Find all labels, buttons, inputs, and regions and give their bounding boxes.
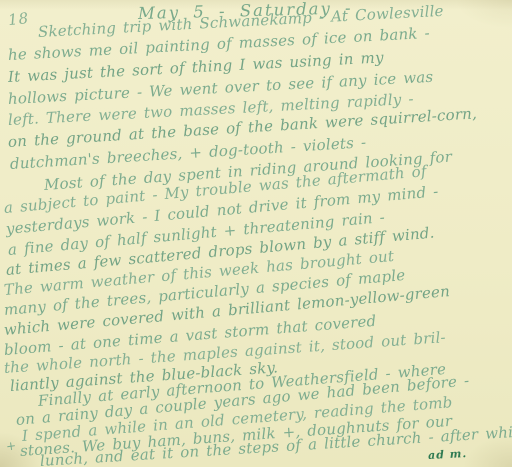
corner-note: ad m. — [428, 447, 468, 462]
journal-page: 18 May 5 - Saturday - Sketching trip wit… — [0, 0, 512, 467]
margin-mark: + — [5, 438, 17, 453]
page-number: 18 — [7, 9, 30, 29]
